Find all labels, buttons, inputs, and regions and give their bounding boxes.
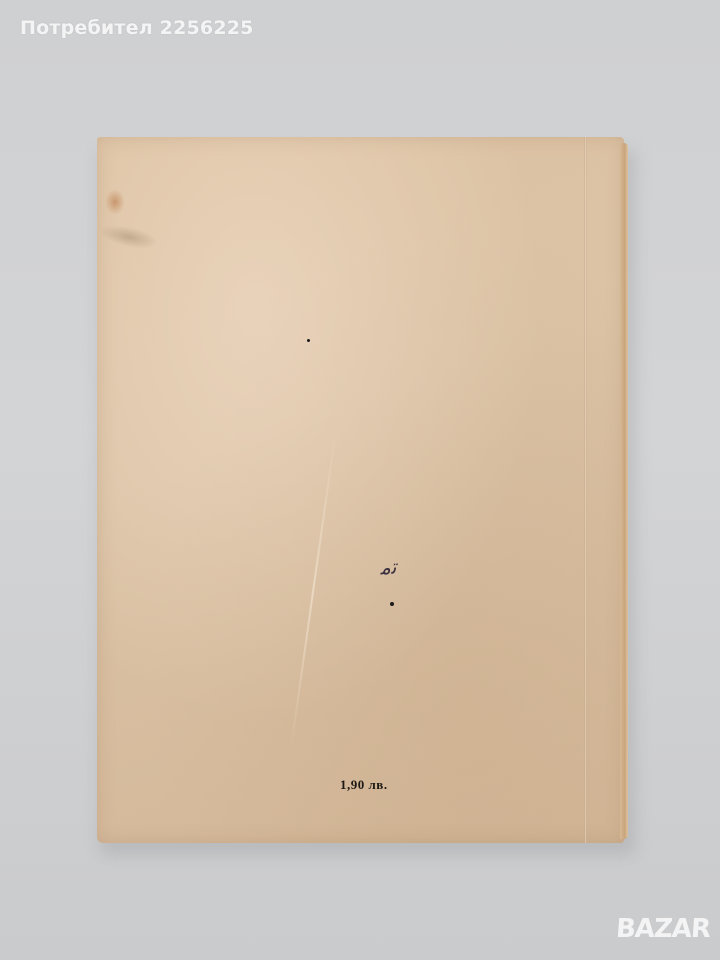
- book-back-cover: ﺗﻣ 1,90 лв.: [97, 137, 624, 843]
- ink-dot: [390, 602, 394, 606]
- cover-crease: [289, 428, 337, 755]
- ink-dot: [307, 339, 310, 342]
- spine-fold-line: [584, 137, 587, 843]
- user-label: Потребител 2256225: [20, 17, 254, 39]
- stain-mark: [105, 189, 125, 215]
- dirt-mark: [98, 221, 161, 253]
- price-label: 1,90 лв.: [340, 777, 388, 793]
- spine-edge: [620, 143, 628, 839]
- bazar-watermark-logo: BAZAR: [615, 914, 711, 944]
- handwritten-mark: ﺗﻣ: [379, 554, 397, 579]
